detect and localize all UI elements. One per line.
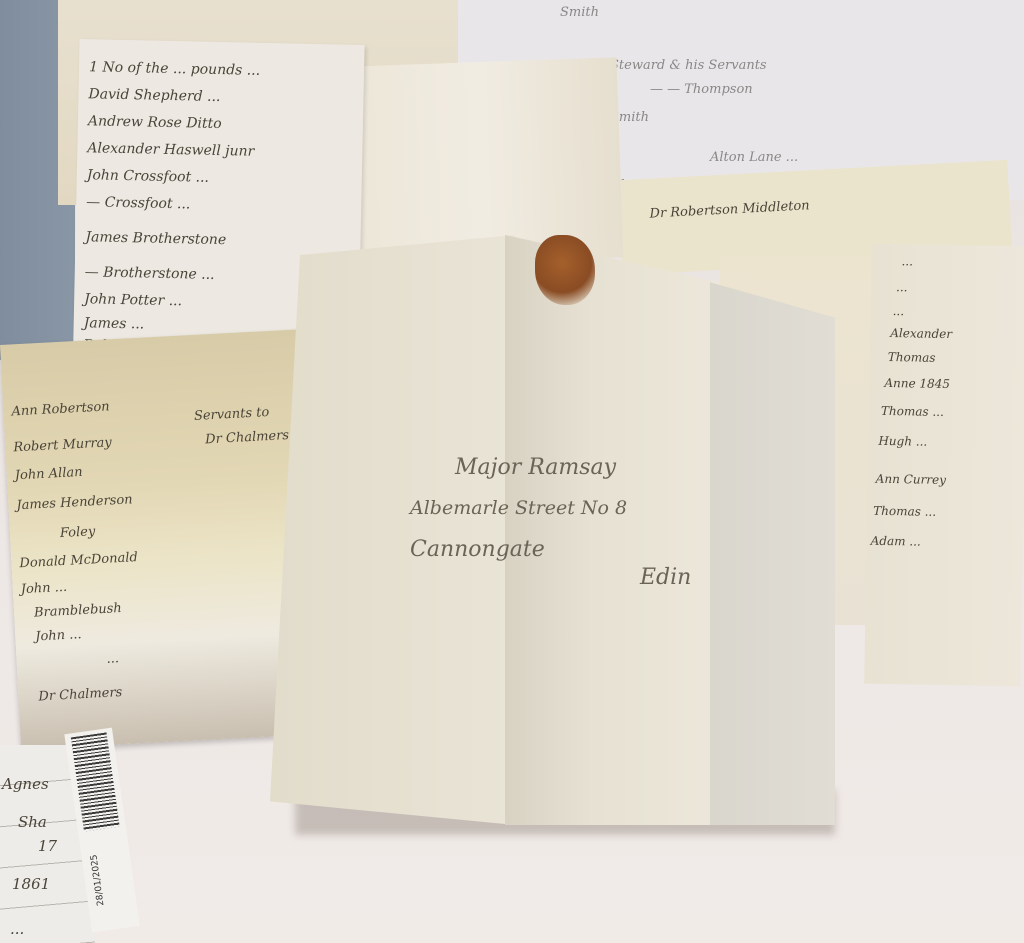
list-item: John ... <box>20 580 67 597</box>
list-item: ... <box>901 254 913 268</box>
list-item: David Shepherd ... <box>88 86 220 105</box>
list-item: James Brotherstone <box>85 229 226 248</box>
list-item: James Henderson <box>16 492 133 513</box>
list-item: James ... <box>84 315 145 332</box>
text-line: Steward & his Servants <box>610 58 767 73</box>
list-item: John Allan <box>14 465 82 484</box>
list-item: Thomas <box>888 350 936 365</box>
text-line: Dr Robertson Middleton <box>649 198 810 221</box>
list-item: Alexander Haswell junr <box>87 140 254 159</box>
list-item: 1 No of the ... pounds ... <box>89 59 260 79</box>
address-line: Major Ramsay <box>455 455 616 480</box>
list-item: Ann Robertson <box>11 399 110 419</box>
wax-seal <box>535 235 595 305</box>
folded-letter: Major Ramsay Albemarle Street No 8 Canno… <box>270 235 835 825</box>
list-item: — Crossfoot ... <box>86 194 190 212</box>
list-item: ... <box>896 280 908 294</box>
list-item: John ... <box>35 627 82 644</box>
list-item: Foley <box>60 524 96 541</box>
list-item: Alexander <box>890 326 952 341</box>
name-list-right: ... ... ... Alexander Thomas Anne 1845 T… <box>864 244 1024 687</box>
list-item: Hugh ... <box>878 434 927 449</box>
text-line: Sha <box>18 813 47 831</box>
text-line: Alton Lane ... <box>710 150 798 165</box>
text-line: ... <box>10 920 24 938</box>
list-item: Bramblebush <box>34 601 122 621</box>
bracket-note: Servants to <box>194 405 270 424</box>
list-item: Dr Chalmers <box>38 685 123 704</box>
letter-fold-right <box>710 235 835 825</box>
list-item: Andrew Rose Ditto <box>88 113 222 132</box>
list-item: Donald McDonald <box>19 550 138 571</box>
text-line: 1861 <box>12 875 50 893</box>
list-item: Thomas ... <box>881 404 944 419</box>
list-item: — Brotherstone ... <box>85 264 215 283</box>
text-line: — — Thompson <box>650 82 753 97</box>
list-item: Ann Currey <box>876 472 946 487</box>
letter-fold-left <box>270 235 515 825</box>
list-item: ... <box>106 651 119 667</box>
list-item: Robert Murray <box>13 435 112 455</box>
address-line: Albemarle Street No 8 <box>410 497 627 519</box>
list-item: John Potter ... <box>84 291 182 309</box>
letter-fold-middle <box>505 235 720 825</box>
list-item: Adam ... <box>871 534 921 549</box>
list-item: ... <box>893 304 905 318</box>
text-line: Smith <box>560 5 599 20</box>
list-item: John Crossfoot ... <box>87 167 210 186</box>
list-item: Thomas ... <box>873 504 936 519</box>
barcode-date: 28/01/2025 <box>89 854 106 907</box>
text-line: Agnes <box>2 775 49 793</box>
list-item: Anne 1845 <box>884 376 950 391</box>
barcode <box>71 732 120 831</box>
address-line: Edin <box>640 565 691 590</box>
text-line: 17 <box>38 837 57 855</box>
address-line: Cannongate <box>410 537 545 562</box>
